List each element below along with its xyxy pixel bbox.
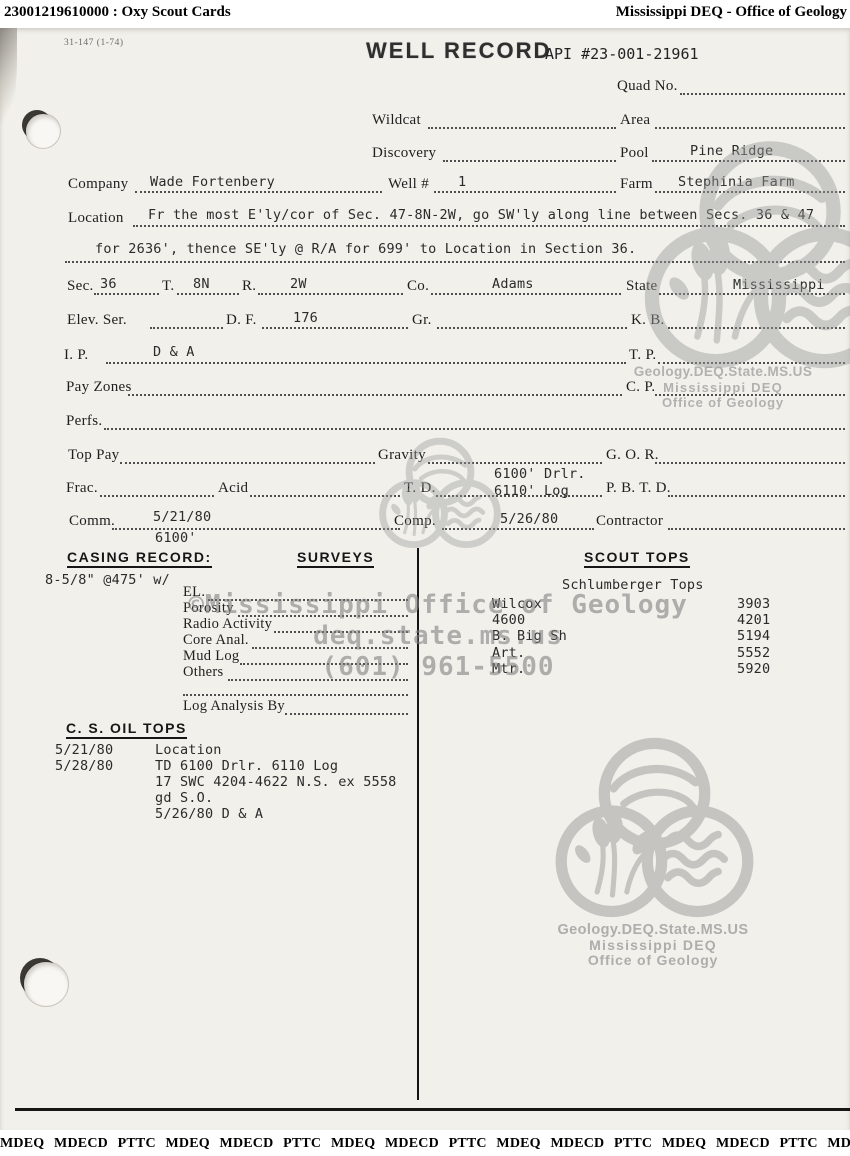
gor-label: G. O. R.	[606, 447, 659, 464]
casing-record-entry: 8-5/8" @475' w/	[45, 572, 170, 588]
cs-entry-date: 5/21/80	[55, 742, 113, 758]
scout-top-name: B. Big Sh	[492, 628, 567, 644]
pbtd-label: P. B. T. D.	[606, 480, 671, 497]
cs-entry-note: Location	[155, 742, 222, 758]
tp-label: T. P.	[629, 347, 656, 364]
dotted-line	[428, 462, 602, 464]
dotted-line	[177, 293, 239, 295]
api-number: API #23-001-21961	[545, 45, 699, 63]
cs-entry-note: TD 6100 Drlr. 6110 Log	[155, 758, 338, 774]
scout-top-name: 4600	[492, 612, 525, 628]
dotted-line	[128, 394, 622, 396]
location-label: Location	[68, 210, 124, 227]
comm-value-depth: 6100'	[155, 530, 197, 546]
dotted-line	[100, 495, 214, 497]
dotted-line	[208, 599, 408, 601]
acid-label: Acid	[218, 480, 248, 497]
scan-edge-line	[15, 1108, 850, 1111]
comp-value: 5/26/80	[500, 511, 558, 527]
dotted-line	[250, 495, 400, 497]
scout-top-depth: 5194	[737, 628, 770, 644]
company-label: Company	[68, 176, 128, 193]
range-label: R.	[242, 278, 256, 295]
dotted-line	[183, 694, 408, 696]
cs-entry-note: 5/26/80 D & A	[155, 806, 263, 822]
top-pay-label: Top Pay	[68, 447, 119, 464]
survey-item-label: Radio Activity	[183, 616, 272, 633]
dotted-line	[655, 127, 845, 129]
farm-value: Stephinia Farm	[678, 174, 795, 190]
township-label: T.	[162, 278, 174, 295]
dotted-line	[655, 191, 845, 193]
cs-entry-date: 5/28/80	[55, 758, 113, 774]
sec-value: 36	[100, 276, 117, 292]
cs-entry-note: 17 SWC 4204-4622 N.S. ex 5558	[155, 774, 397, 790]
td-value-log: 6110' Log	[494, 483, 569, 499]
scout-card-viewer: 23001219610000 : Oxy Scout Cards Mississ…	[0, 0, 850, 1156]
scout-top-depth: 3903	[737, 596, 770, 612]
scout-top-name: Art.	[492, 645, 525, 661]
dotted-line	[94, 293, 159, 295]
scout-tops-subheading: Schlumberger Tops	[562, 577, 704, 593]
dotted-line	[285, 713, 408, 715]
dotted-line	[65, 261, 845, 263]
dotted-line	[437, 327, 627, 329]
scout-top-depth: 4201	[737, 612, 770, 628]
dotted-line	[680, 93, 845, 95]
frac-label: Frac.	[66, 480, 98, 497]
scout-top-depth: 5552	[737, 645, 770, 661]
survey-item-label: Others	[183, 664, 223, 681]
scout-tops-heading: SCOUT TOPS	[584, 549, 690, 568]
dotted-line	[428, 127, 616, 129]
kb-label: K. B.	[631, 312, 665, 329]
dotted-line	[228, 679, 408, 681]
discovery-label: Discovery	[372, 145, 436, 162]
location-value-line1: Fr the most E'ly/cor of Sec. 47-8N-2W, g…	[148, 207, 814, 223]
scout-top-name: Wilcox	[492, 596, 542, 612]
quad-no-label: Quad No.	[617, 78, 678, 95]
pool-label: Pool	[620, 145, 649, 162]
dotted-line	[431, 293, 621, 295]
comm-label: Comm.	[69, 513, 115, 530]
td-value-drlr: 6100' Drlr.	[494, 466, 586, 482]
df-label: D. F.	[226, 312, 257, 329]
well-no-label: Well #	[388, 176, 429, 193]
dotted-line	[652, 160, 845, 162]
survey-item-label: EL.	[183, 584, 205, 601]
pay-zones-label: Pay Zones	[66, 379, 132, 396]
area-label: Area	[620, 112, 650, 129]
viewer-header: 23001219610000 : Oxy Scout Cards Mississ…	[0, 0, 850, 28]
dotted-line	[668, 495, 845, 497]
survey-item-label: Porosity	[183, 600, 234, 617]
cs-oil-tops-heading: C. S. OIL TOPS	[66, 720, 187, 739]
comm-value-date: 5/21/80	[153, 509, 211, 525]
well-no-value: 1	[458, 174, 466, 190]
dotted-line	[655, 462, 845, 464]
td-label: T. D.	[404, 480, 436, 497]
surveys-heading: SURVEYS	[297, 549, 374, 568]
dotted-line	[135, 191, 382, 193]
perfs-label: Perfs.	[66, 413, 102, 430]
ip-value: D & A	[153, 344, 195, 360]
comp-label: Comp.	[394, 513, 436, 530]
dotted-line	[252, 647, 408, 649]
form-number: 31-147 (1-74)	[64, 38, 124, 48]
dotted-line	[442, 528, 594, 530]
dotted-line	[668, 327, 845, 329]
state-label: State	[626, 278, 658, 295]
survey-item-label: Mud Log	[183, 648, 239, 665]
section-divider	[417, 548, 419, 1100]
casing-record-heading: CASING RECORD:	[67, 549, 212, 568]
dotted-line	[240, 663, 408, 665]
dotted-line	[274, 631, 408, 633]
ip-label: I. P.	[64, 347, 88, 364]
elev-ser-label: Elev. Ser.	[67, 312, 127, 329]
township-value: 8N	[193, 276, 210, 292]
cs-entry-note: gd S.O.	[155, 790, 213, 806]
df-value: 176	[293, 310, 318, 326]
wildcat-label: Wildcat	[372, 112, 421, 129]
gr-label: Gr.	[412, 312, 432, 329]
document-id: 23001219610000 : Oxy Scout Cards	[4, 4, 231, 21]
hole-punch	[24, 962, 68, 1006]
dotted-line	[104, 428, 845, 430]
contractor-label: Contractor	[596, 513, 663, 530]
cp-label: C. P.	[626, 379, 655, 396]
dotted-line	[655, 394, 845, 396]
farm-label: Farm	[620, 176, 653, 193]
footer-keywords: MDEQ MDECD PTTC MDEQ MDECD PTTC MDEQ MDE…	[0, 1136, 850, 1152]
dotted-line	[659, 293, 845, 295]
viewer-footer: MDEQ MDECD PTTC MDEQ MDECD PTTC MDEQ MDE…	[0, 1130, 850, 1156]
dotted-line	[106, 362, 626, 364]
gravity-label: Gravity	[378, 447, 426, 464]
dotted-line	[658, 362, 845, 364]
agency-title: Mississippi DEQ - Office of Geology	[616, 4, 847, 21]
pool-value: Pine Ridge	[690, 143, 773, 159]
dotted-line	[150, 327, 223, 329]
card-title: WELL RECORD	[366, 38, 551, 64]
dotted-line	[262, 327, 408, 329]
dotted-line	[133, 225, 845, 227]
location-value-line2: for 2636', thence SE'ly @ R/A for 699' t…	[95, 241, 636, 257]
company-value: Wade Fortenbery	[150, 174, 275, 190]
county-value: Adams	[492, 276, 534, 292]
scout-top-name: Mtr.	[492, 661, 525, 677]
range-value: 2W	[290, 276, 307, 292]
hole-punch	[26, 114, 60, 148]
dotted-line	[668, 528, 845, 530]
log-analysis-label: Log Analysis By	[183, 698, 285, 715]
dotted-line	[434, 191, 616, 193]
dotted-line	[443, 160, 616, 162]
sec-label: Sec.	[67, 278, 94, 295]
survey-item-label: Core Anal.	[183, 632, 249, 649]
dotted-line	[258, 293, 403, 295]
state-value: Mississippi	[733, 277, 825, 293]
county-label: Co.	[407, 278, 429, 295]
scout-top-depth: 5920	[737, 661, 770, 677]
dotted-line	[120, 462, 375, 464]
